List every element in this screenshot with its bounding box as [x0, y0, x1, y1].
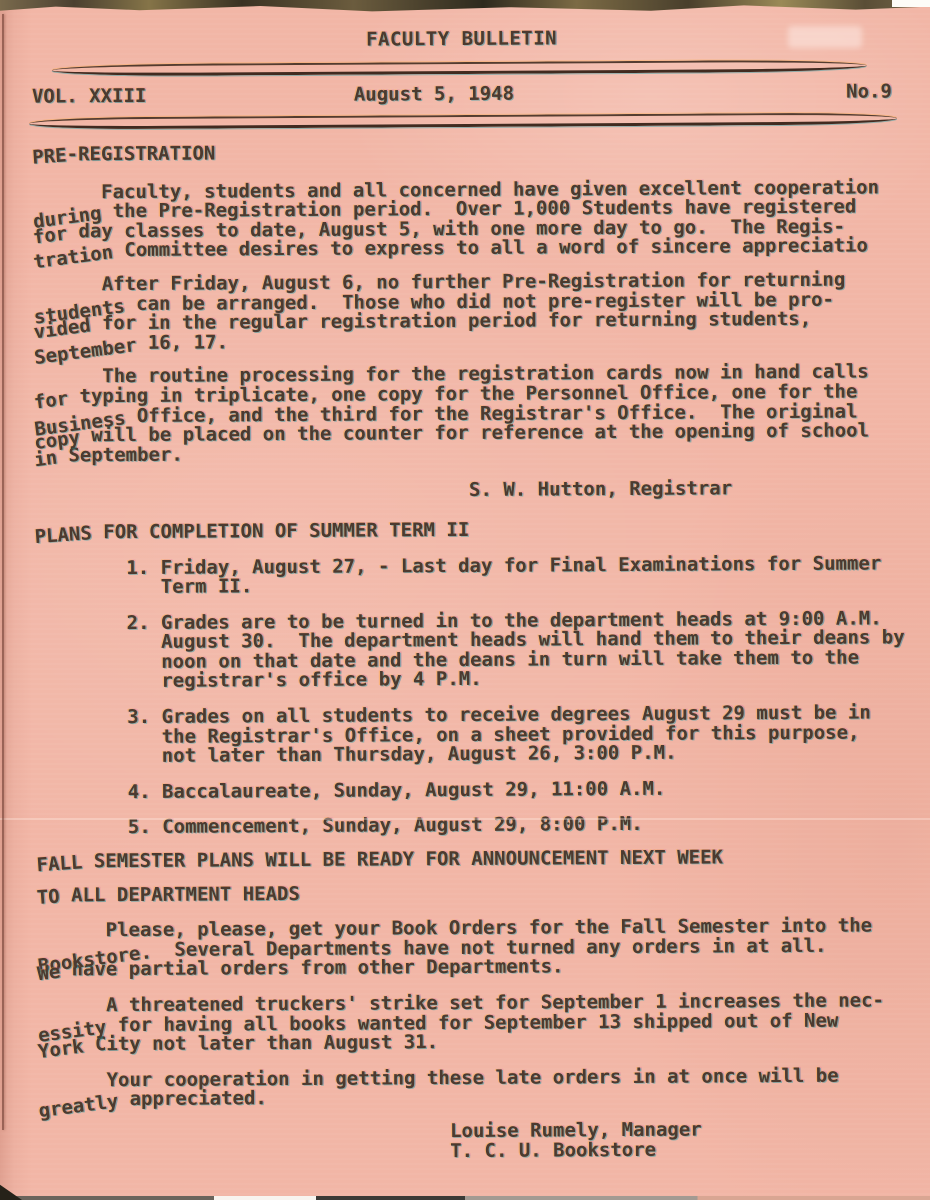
- line-lead: greatly: [38, 1093, 120, 1123]
- section-heading: PLANS FOR COMPLETION OF SUMMER TERM II: [35, 518, 895, 543]
- line-text: appreciated.: [118, 1088, 267, 1111]
- line-text: 16, 17.: [136, 331, 228, 354]
- volume-label: VOL. XXIII: [32, 87, 147, 107]
- line-lead: PRE: [32, 146, 68, 168]
- line-lead: We: [36, 963, 61, 985]
- scan-background-sliver: [892, 0, 930, 7]
- line-text: ALL DEPARTMENT HEADS: [60, 883, 300, 906]
- line-lead: York: [37, 1038, 85, 1063]
- scan-bottom-edge: [0, 1196, 930, 1200]
- text-line: September 16, 17.: [33, 329, 893, 354]
- section-heading: TO ALL DEPARTMENT HEADS: [37, 881, 897, 906]
- line-text: FOR COMPLETION OF SUMMER TERM II: [92, 519, 470, 543]
- divider-rule-bottom: [29, 112, 897, 129]
- line-lead: for: [32, 224, 69, 248]
- list-item: 4. Baccalaureate, Sunday, August 29, 11:…: [36, 778, 896, 803]
- divider-rule-top: [52, 60, 867, 77]
- line-lead: tration: [32, 244, 114, 274]
- line-text: -REGISTRATION: [67, 143, 216, 166]
- bulletin-title: FACULTY BULLETIN: [32, 27, 892, 51]
- section-heading: FALL SEMESTER PLANS WILL BE READY FOR AN…: [37, 847, 897, 872]
- list-item: Term II.: [35, 573, 895, 598]
- section-heading: PRE-REGISTRATION: [32, 140, 892, 165]
- text-line: York City not later than August 31.: [38, 1031, 898, 1056]
- ink-smudge: [788, 26, 862, 48]
- masthead-row: VOL. XXIII August 5, 1948 No.9: [32, 82, 892, 106]
- issue-number: No.9: [846, 82, 892, 101]
- list-item: registrar's office by 4 P.M.: [35, 668, 895, 693]
- paper-crease: [0, 818, 930, 820]
- text-line: in September.: [34, 441, 894, 466]
- signature-registrar: S. W. Hutton, Registrar: [34, 479, 894, 504]
- line-lead: for: [33, 389, 70, 413]
- bulletin-content: FACULTY BULLETIN VOL. XXIII August 5, 19…: [0, 0, 930, 1200]
- line-text: Committee desires to express to all a wo…: [113, 235, 868, 262]
- issue-date: August 5, 1948: [354, 85, 514, 105]
- list-item: not later than Thursday, August 26, 3:00…: [36, 743, 896, 768]
- line-lead: FALL: [36, 853, 83, 876]
- line-lead: PLANS: [34, 524, 92, 547]
- bulletin-page: FACULTY BULLETIN VOL. XXIII August 5, 19…: [0, 0, 930, 1200]
- line-text: SEMESTER PLANS WILL BE READY FOR ANNOUNC…: [82, 846, 723, 872]
- text-line: We have partial orders from other Depart…: [37, 956, 897, 981]
- line-lead: in: [33, 448, 58, 470]
- bulletin-body: PRE-REGISTRATION Faculty, students and a…: [32, 140, 898, 1163]
- page-left-edge: [2, 14, 4, 1130]
- text-line: greatly appreciated.: [38, 1086, 898, 1111]
- masthead: FACULTY BULLETIN VOL. XXIII August 5, 19…: [32, 27, 893, 129]
- signature-bookstore: T. C. U. Bookstore: [38, 1139, 898, 1164]
- line-lead: TO: [36, 887, 60, 908]
- text-line: tration Committee desires to express to …: [33, 237, 893, 262]
- line-text: City not later than August 31.: [83, 1031, 438, 1055]
